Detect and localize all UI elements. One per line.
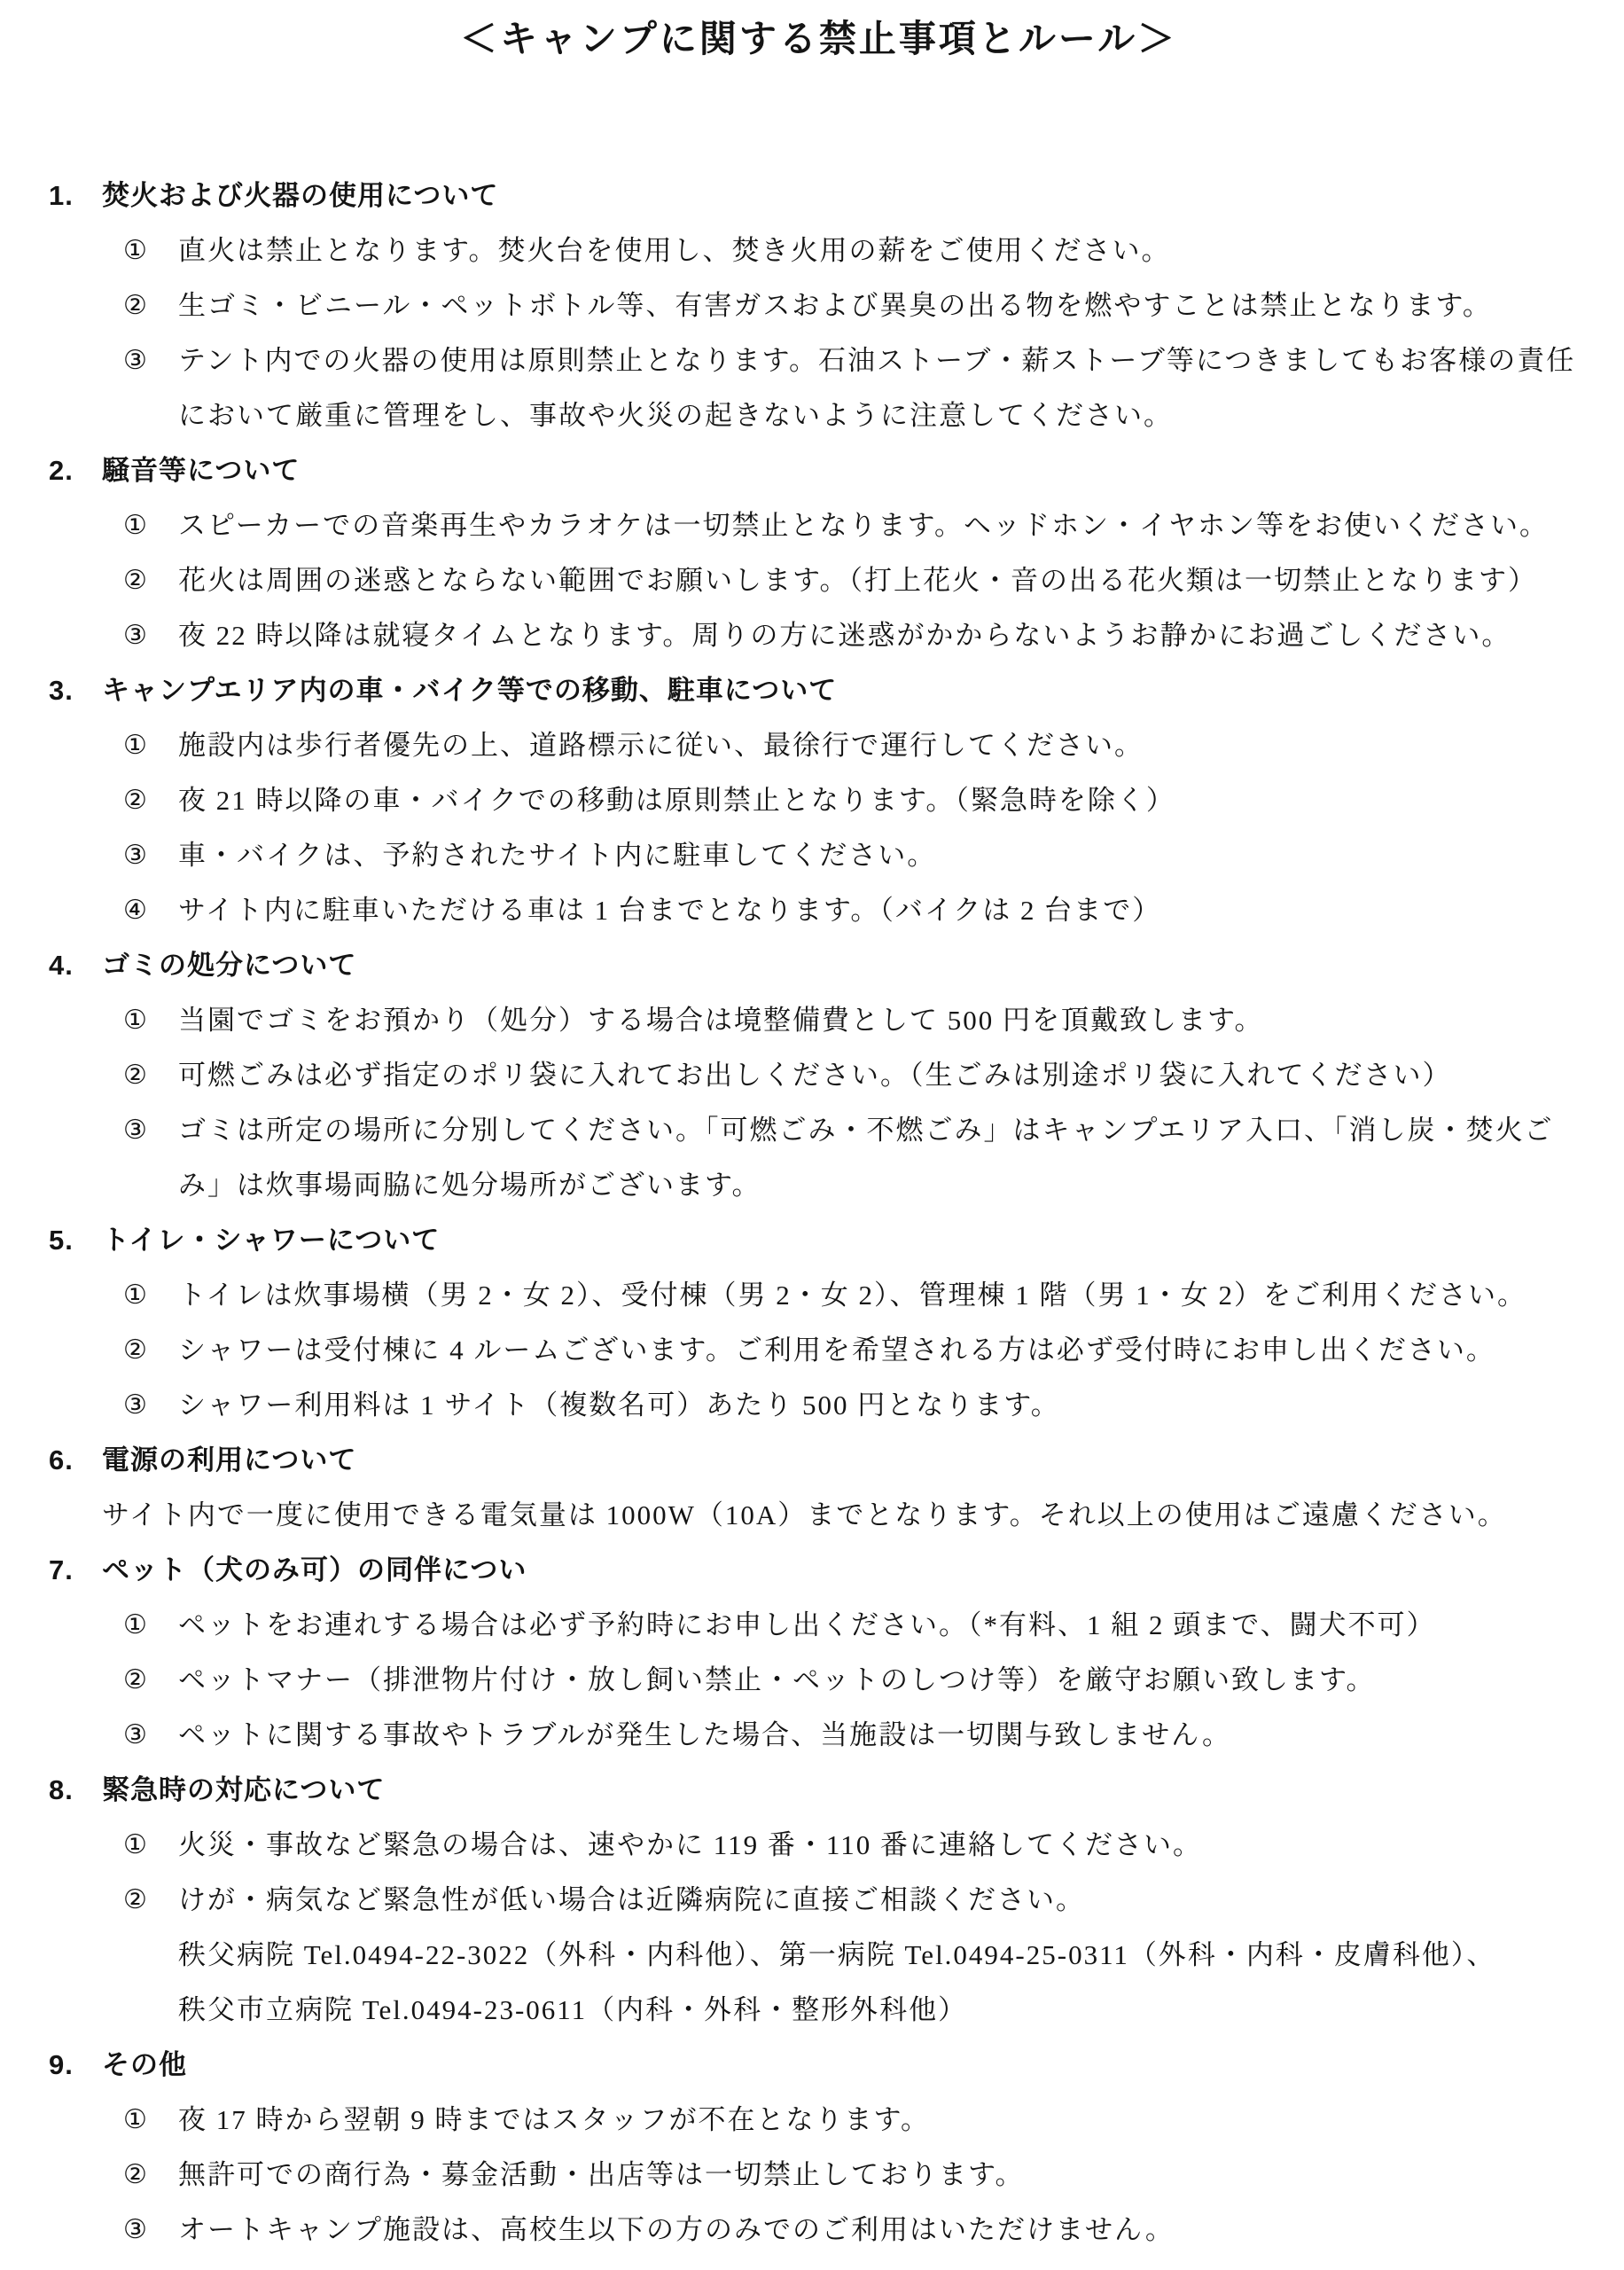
rule-item: ①夜 17 時から翌朝 9 時まではスタッフが不在となります。 (49, 2093, 1589, 2148)
item-number-icon: ③ (123, 1378, 178, 1433)
rule-item: ②けが・病気など緊急性が低い場合は近隣病院に直接ご相談ください。 (49, 1873, 1589, 1928)
item-text: 火災・事故など緊急の場合は、速やかに 119 番・110 番に連絡してください。 (178, 1818, 1589, 1873)
section-number: 8. (49, 1763, 102, 1818)
item-sub-line-row: 秩父病院 Tel.0494-22-3022（外科・内科他）、第一病院 Tel.0… (49, 1928, 1589, 1983)
document-title: ＜キャンプに関する禁止事項とルール＞ (49, 14, 1589, 66)
item-number-icon: ② (123, 1323, 178, 1378)
item-text: 直火は禁止となります。焚火台を使用し、焚き火用の薪をご使用ください。 (178, 223, 1589, 278)
item-text: スピーカーでの音楽再生やカラオケは一切禁止となります。ヘッドホン・イヤホン等をお… (178, 498, 1589, 553)
rule-item: ④サイト内に駐車いただける車は 1 台までとなります。（バイクは 2 台まで） (49, 883, 1589, 938)
section-heading-row: 2.騒音等について (49, 443, 1589, 498)
item-text: テント内での火器の使用は原則禁止となります。石油ストーブ・薪ストーブ等につきまし… (178, 333, 1589, 443)
section-number: 5. (49, 1213, 102, 1268)
section-heading: その他 (102, 2038, 1589, 2093)
item-text: ペットに関する事故やトラブルが発生した場合、当施設は一切関与致しません。 (178, 1708, 1589, 1763)
rule-item: ③夜 22 時以降は就寝タイムとなります。周りの方に迷惑がかからないようお静かに… (49, 608, 1589, 663)
item-text: 可燃ごみは必ず指定のポリ袋に入れてお出しください。（生ごみは別途ポリ袋に入れてく… (178, 1048, 1589, 1103)
section-number: 2. (49, 443, 102, 498)
item-text: 施設内は歩行者優先の上、道路標示に従い、最徐行で運行してください。 (178, 718, 1589, 773)
item-text: ペットマナー（排泄物片付け・放し飼い禁止・ペットのしつけ等）を厳守お願い致します… (178, 1653, 1589, 1708)
section-heading: 電源の利用について (102, 1433, 1589, 1488)
section: 9.その他①夜 17 時から翌朝 9 時まではスタッフが不在となります。②無許可… (49, 2038, 1589, 2258)
section-heading-row: 4.ゴミの処分について (49, 938, 1589, 993)
item-number-icon: ② (123, 1048, 178, 1103)
section-note: サイト内で一度に使用できる電気量は 1000W（10A）までとなります。それ以上… (102, 1488, 1589, 1543)
rule-item: ③ペットに関する事故やトラブルが発生した場合、当施設は一切関与致しません。 (49, 1708, 1589, 1763)
rule-item: ①ペットをお連れする場合は必ず予約時にお申し出ください。（*有料、1 組 2 頭… (49, 1598, 1589, 1653)
section-heading: トイレ・シャワーについて (102, 1213, 1589, 1268)
item-number-icon: ① (123, 1818, 178, 1873)
item-number-icon: ② (123, 278, 178, 333)
section: 3.キャンプエリア内の車・バイク等での移動、駐車について①施設内は歩行者優先の上… (49, 663, 1589, 938)
item-sub-line: 秩父市立病院 Tel.0494-23-0611（内科・外科・整形外科他） (178, 1983, 1589, 2038)
section: 8.緊急時の対応について①火災・事故など緊急の場合は、速やかに 119 番・11… (49, 1763, 1589, 2038)
item-number-icon: ① (123, 718, 178, 773)
section: 5.トイレ・シャワーについて①トイレは炊事場横（男 2・女 2）、受付棟（男 2… (49, 1213, 1589, 1433)
section: 2.騒音等について①スピーカーでの音楽再生やカラオケは一切禁止となります。ヘッド… (49, 443, 1589, 663)
rule-item: ③ゴミは所定の場所に分別してください。「可燃ごみ・不燃ごみ」はキャンプエリア入口… (49, 1103, 1589, 1213)
rule-item: ①直火は禁止となります。焚火台を使用し、焚き火用の薪をご使用ください。 (49, 223, 1589, 278)
rule-item: ①施設内は歩行者優先の上、道路標示に従い、最徐行で運行してください。 (49, 718, 1589, 773)
section: 4.ゴミの処分について①当園でゴミをお預かり（処分）する場合は境整備費として 5… (49, 938, 1589, 1213)
item-number-icon: ③ (123, 1103, 178, 1158)
rule-item: ①当園でゴミをお預かり（処分）する場合は境整備費として 500 円を頂戴致します… (49, 993, 1589, 1048)
item-text: 無許可での商行為・募金活動・出店等は一切禁止しております。 (178, 2148, 1589, 2203)
section: 1.焚火および火器の使用について①直火は禁止となります。焚火台を使用し、焚き火用… (49, 168, 1589, 443)
rule-item: ②可燃ごみは必ず指定のポリ袋に入れてお出しください。（生ごみは別途ポリ袋に入れて… (49, 1048, 1589, 1103)
section-number: 3. (49, 663, 102, 718)
item-number-icon: ② (123, 2148, 178, 2203)
item-number-icon: ④ (123, 883, 178, 938)
rule-item: ②生ゴミ・ビニール・ペットボトル等、有害ガスおよび異臭の出る物を燃やすことは禁止… (49, 278, 1589, 333)
item-number-icon: ③ (123, 1708, 178, 1763)
section-heading: 焚火および火器の使用について (102, 168, 1589, 223)
rule-item: ③車・バイクは、予約されたサイト内に駐車してください。 (49, 828, 1589, 883)
item-number-icon: ③ (123, 333, 178, 388)
rule-item: ②花火は周囲の迷惑とならない範囲でお願いします。（打上花火・音の出る花火類は一切… (49, 553, 1589, 608)
item-text: ゴミは所定の場所に分別してください。「可燃ごみ・不燃ごみ」はキャンプエリア入口、… (178, 1103, 1589, 1213)
rule-item: ②ペットマナー（排泄物片付け・放し飼い禁止・ペットのしつけ等）を厳守お願い致しま… (49, 1653, 1589, 1708)
section-number: 1. (49, 168, 102, 223)
item-number-icon: ① (123, 993, 178, 1048)
section-number: 6. (49, 1433, 102, 1488)
section-heading-row: 5.トイレ・シャワーについて (49, 1213, 1589, 1268)
section-heading: キャンプエリア内の車・バイク等での移動、駐車について (102, 663, 1589, 718)
section-heading-row: 7.ペット（犬のみ可）の同伴につい (49, 1543, 1589, 1598)
section-heading: ゴミの処分について (102, 938, 1589, 993)
rule-item: ①スピーカーでの音楽再生やカラオケは一切禁止となります。ヘッドホン・イヤホン等を… (49, 498, 1589, 553)
rule-item: ③テント内での火器の使用は原則禁止となります。石油ストーブ・薪ストーブ等につきま… (49, 333, 1589, 443)
item-number-icon: ① (123, 2093, 178, 2148)
item-text: 夜 21 時以降の車・バイクでの移動は原則禁止となります。（緊急時を除く） (178, 773, 1589, 828)
item-sub-line: 秩父病院 Tel.0494-22-3022（外科・内科他）、第一病院 Tel.0… (178, 1928, 1589, 1983)
section-heading: 騒音等について (102, 443, 1589, 498)
rule-item: ②無許可での商行為・募金活動・出店等は一切禁止しております。 (49, 2148, 1589, 2203)
rule-item: ③シャワー利用料は 1 サイト（複数名可）あたり 500 円となります。 (49, 1378, 1589, 1433)
item-number-icon: ② (123, 773, 178, 828)
item-text: シャワーは受付棟に 4 ルームございます。ご利用を希望される方は必ず受付時にお申… (178, 1323, 1589, 1378)
item-number-icon: ③ (123, 828, 178, 883)
item-number-icon: ② (123, 1653, 178, 1708)
section-number: 4. (49, 938, 102, 993)
item-sub-line-row: 秩父市立病院 Tel.0494-23-0611（内科・外科・整形外科他） (49, 1983, 1589, 2038)
rule-item: ②シャワーは受付棟に 4 ルームございます。ご利用を希望される方は必ず受付時にお… (49, 1323, 1589, 1378)
item-text: サイト内に駐車いただける車は 1 台までとなります。（バイクは 2 台まで） (178, 883, 1589, 938)
section-heading-row: 6.電源の利用について (49, 1433, 1589, 1488)
section: 6.電源の利用についてサイト内で一度に使用できる電気量は 1000W（10A）ま… (49, 1433, 1589, 1543)
item-number-icon: ① (123, 1598, 178, 1653)
rule-item: ①火災・事故など緊急の場合は、速やかに 119 番・110 番に連絡してください… (49, 1818, 1589, 1873)
section-heading: ペット（犬のみ可）の同伴につい (102, 1543, 1589, 1598)
item-number-icon: ① (123, 223, 178, 278)
item-text: 夜 22 時以降は就寝タイムとなります。周りの方に迷惑がかからないようお静かにお… (178, 608, 1589, 663)
rule-item: ②夜 21 時以降の車・バイクでの移動は原則禁止となります。（緊急時を除く） (49, 773, 1589, 828)
item-number-icon: ① (123, 1268, 178, 1323)
section-note-row: サイト内で一度に使用できる電気量は 1000W（10A）までとなります。それ以上… (49, 1488, 1589, 1543)
section-heading: 緊急時の対応について (102, 1763, 1589, 1818)
section-heading-row: 8.緊急時の対応について (49, 1763, 1589, 1818)
section-heading-row: 3.キャンプエリア内の車・バイク等での移動、駐車について (49, 663, 1589, 718)
section-number: 7. (49, 1543, 102, 1598)
section-heading-row: 9.その他 (49, 2038, 1589, 2093)
item-number-icon: ③ (123, 608, 178, 663)
item-text: けが・病気など緊急性が低い場合は近隣病院に直接ご相談ください。 (178, 1873, 1589, 1928)
item-text: オートキャンプ施設は、高校生以下の方のみでのご利用はいただけません。 (178, 2203, 1589, 2258)
item-number-icon: ③ (123, 2203, 178, 2258)
item-text: トイレは炊事場横（男 2・女 2）、受付棟（男 2・女 2）、管理棟 1 階（男… (178, 1268, 1589, 1323)
item-text: 車・バイクは、予約されたサイト内に駐車してください。 (178, 828, 1589, 883)
item-text: ペットをお連れする場合は必ず予約時にお申し出ください。（*有料、1 組 2 頭ま… (178, 1598, 1589, 1653)
item-number-icon: ② (123, 1873, 178, 1928)
item-text: 夜 17 時から翌朝 9 時まではスタッフが不在となります。 (178, 2093, 1589, 2148)
item-text: 当園でゴミをお預かり（処分）する場合は境整備費として 500 円を頂戴致します。 (178, 993, 1589, 1048)
section: 7.ペット（犬のみ可）の同伴につい①ペットをお連れする場合は必ず予約時にお申し出… (49, 1543, 1589, 1763)
item-text: 生ゴミ・ビニール・ペットボトル等、有害ガスおよび異臭の出る物を燃やすことは禁止と… (178, 278, 1589, 333)
document-page: ＜キャンプに関する禁止事項とルール＞ 1.焚火および火器の使用について①直火は禁… (0, 0, 1624, 2270)
section-heading-row: 1.焚火および火器の使用について (49, 168, 1589, 223)
rules-list: 1.焚火および火器の使用について①直火は禁止となります。焚火台を使用し、焚き火用… (49, 168, 1589, 2258)
rule-item: ①トイレは炊事場横（男 2・女 2）、受付棟（男 2・女 2）、管理棟 1 階（… (49, 1268, 1589, 1323)
item-number-icon: ① (123, 498, 178, 553)
rule-item: ③オートキャンプ施設は、高校生以下の方のみでのご利用はいただけません。 (49, 2203, 1589, 2258)
item-number-icon: ② (123, 553, 178, 608)
item-text: シャワー利用料は 1 サイト（複数名可）あたり 500 円となります。 (178, 1378, 1589, 1433)
section-number: 9. (49, 2038, 102, 2093)
item-text: 花火は周囲の迷惑とならない範囲でお願いします。（打上花火・音の出る花火類は一切禁… (178, 553, 1589, 608)
